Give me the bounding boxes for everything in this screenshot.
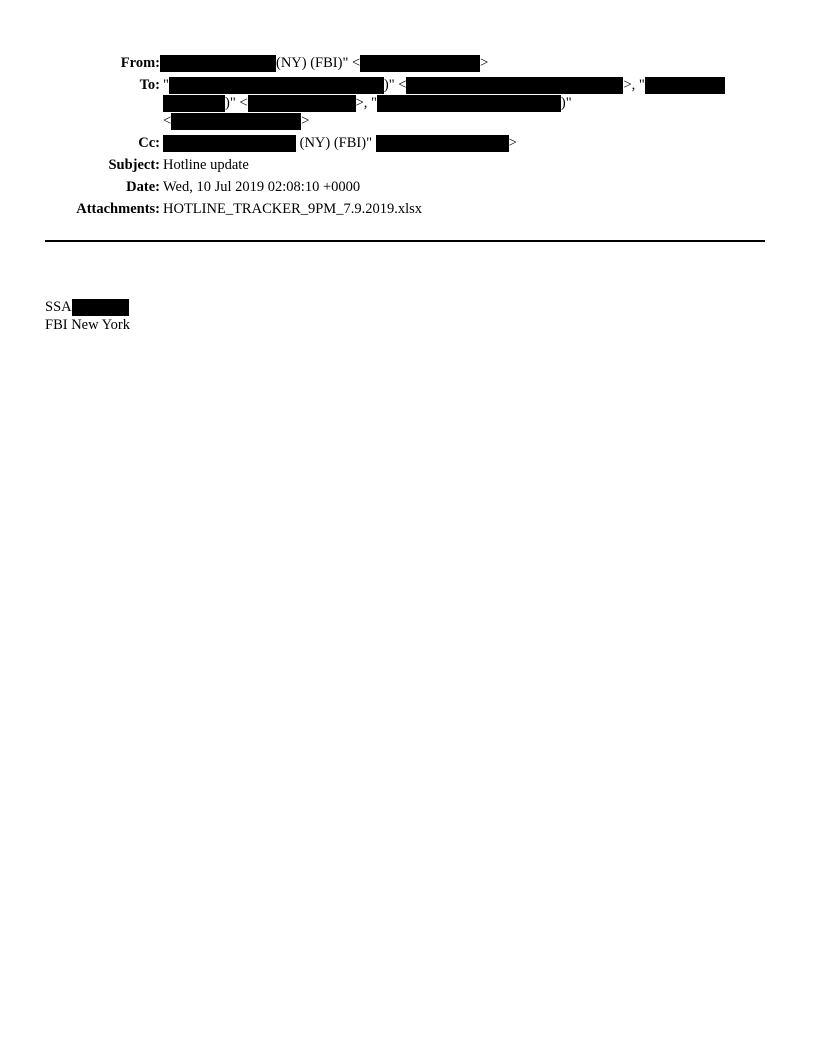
redaction-box (248, 95, 356, 112)
cc-end: > (509, 135, 517, 151)
signature-title: SSA (45, 299, 72, 315)
to-label: To: (0, 77, 160, 94)
subject-label: Subject: (0, 157, 160, 174)
to-value-line1: ")" <>, " (163, 77, 725, 94)
redaction-box (163, 95, 225, 112)
to-text: )" (561, 95, 572, 111)
header-divider (45, 240, 765, 242)
redaction-box (171, 113, 301, 130)
from-value: (NY) (FBI)" <> (160, 55, 488, 72)
attachments-label: Attachments: (0, 201, 160, 218)
to-text: >, " (356, 95, 377, 111)
from-label: From: (0, 55, 160, 72)
from-end: > (480, 55, 488, 71)
redaction-box (72, 299, 129, 316)
redaction-box (645, 77, 725, 94)
date-value: Wed, 10 Jul 2019 02:08:10 +0000 (163, 179, 360, 196)
from-text: (NY) (FBI)" < (276, 55, 360, 71)
to-text: )" < (384, 77, 407, 93)
to-text: )" < (225, 95, 248, 111)
to-text: < (163, 113, 171, 129)
redaction-box (376, 135, 509, 152)
cc-text: (NY) (FBI)" (296, 135, 376, 151)
redaction-box (377, 95, 561, 112)
to-value-line3: <> (163, 113, 309, 130)
attachment-link[interactable]: HOTLINE_TRACKER_9PM_7.9.2019.xlsx (163, 201, 422, 218)
cc-value: (NY) (FBI)" > (163, 135, 517, 152)
redaction-box (160, 55, 276, 72)
to-text: > (301, 113, 309, 129)
signature-office: FBI New York (45, 317, 130, 334)
redaction-box (169, 77, 384, 94)
to-text: >, " (623, 77, 644, 93)
subject-value: Hotline update (163, 157, 249, 174)
to-value-line2: )" <>, ")" (163, 95, 572, 112)
cc-label: Cc: (0, 135, 160, 152)
signature-title-line: SSA (45, 299, 129, 316)
redaction-box (163, 135, 296, 152)
redaction-box (406, 77, 623, 94)
date-label: Date: (0, 179, 160, 196)
redaction-box (360, 55, 480, 72)
